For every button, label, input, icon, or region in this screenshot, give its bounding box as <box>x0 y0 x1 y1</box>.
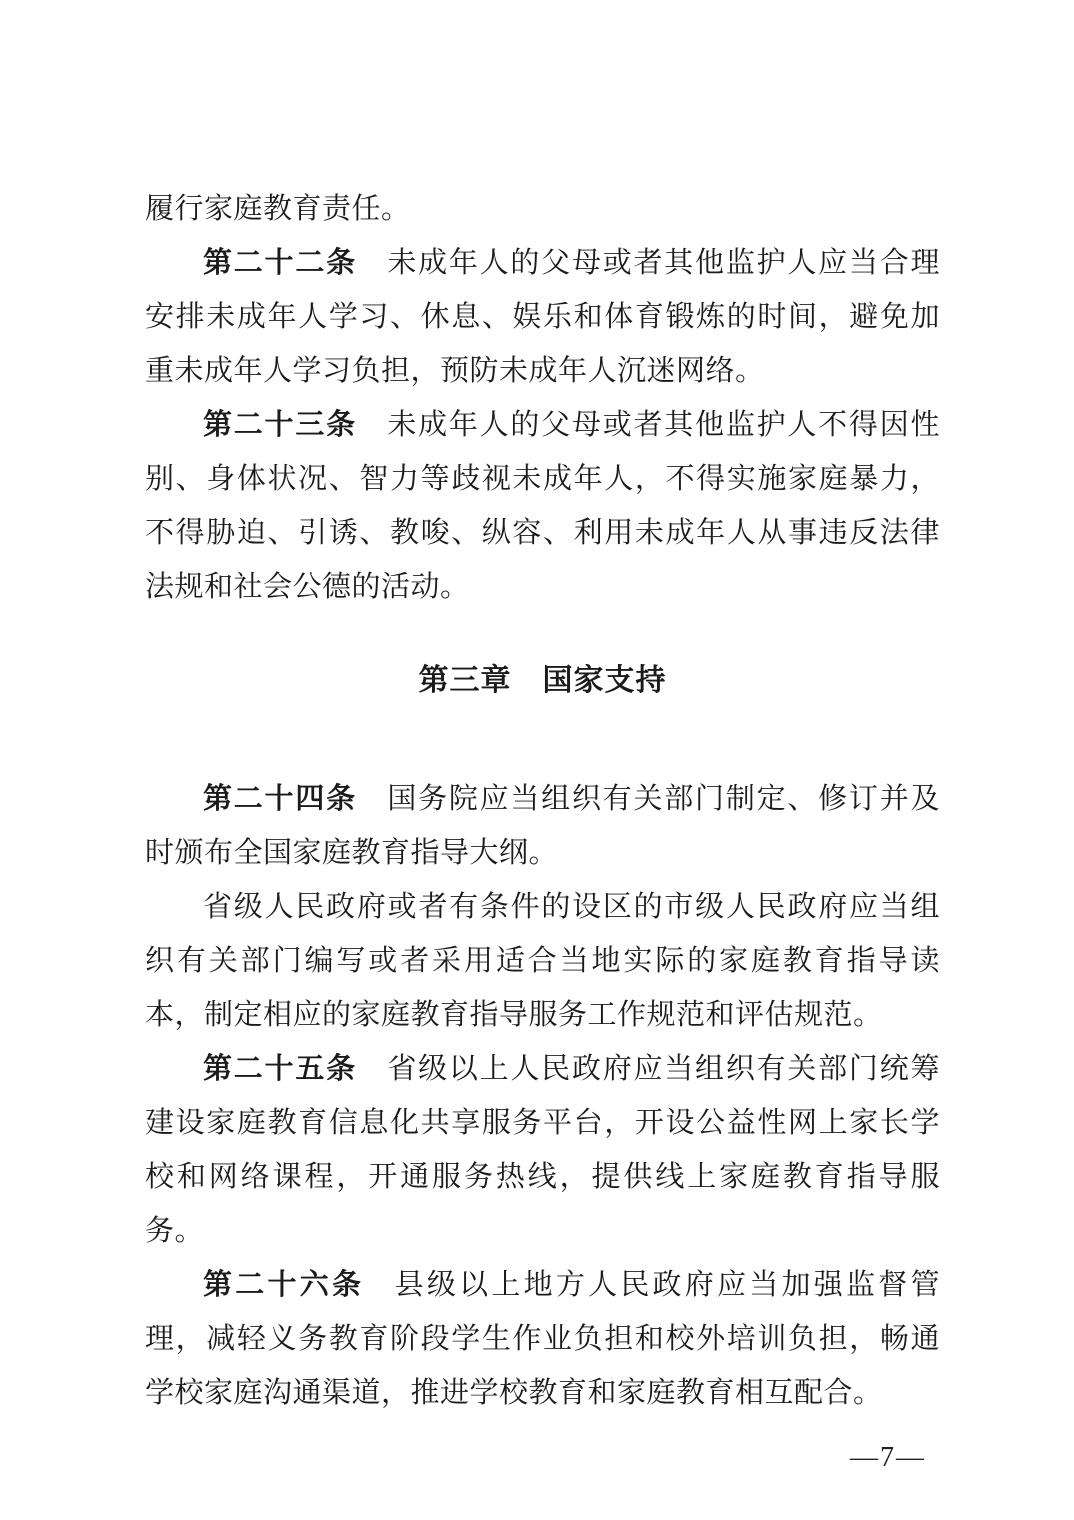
article-26-paragraph: 第二十六条县级以上地方人民政府应当加强监督管理，减轻义务教育阶段学生作业负担和校… <box>145 1258 940 1420</box>
article-26-number: 第二十六条 <box>203 1269 364 1301</box>
article-22-number: 第二十二条 <box>203 247 357 279</box>
article-25-paragraph: 第二十五条省级以上人民政府应当组织有关部门统筹建设家庭教育信息化共享服务平台，开… <box>145 1042 940 1258</box>
chapter-heading: 第三章 国家支持 <box>145 654 940 708</box>
text-column: 履行家庭教育责任。 第二十二条未成年人的父母或者其他监护人应当合理安排未成年人学… <box>145 182 940 1420</box>
article-24-paragraph: 第二十四条国务院应当组织有关部门制定、修订并及时颁布全国家庭教育指导大纲。 <box>145 772 940 880</box>
article-24-subparagraph-text: 省级人民政府或者有条件的设区的市级人民政府应当组织有关部门编写或者采用适合当地实… <box>145 891 940 1031</box>
article-24-number: 第二十四条 <box>203 783 357 815</box>
document-page: 履行家庭教育责任。 第二十二条未成年人的父母或者其他监护人应当合理安排未成年人学… <box>0 0 1074 1520</box>
page-number: —7— <box>850 1442 926 1474</box>
article-24-subparagraph: 省级人民政府或者有条件的设区的市级人民政府应当组织有关部门编写或者采用适合当地实… <box>145 880 940 1042</box>
paragraph-text: 履行家庭教育责任。 <box>145 193 411 225</box>
article-22-paragraph: 第二十二条未成年人的父母或者其他监护人应当合理安排未成年人学习、休息、娱乐和体育… <box>145 236 940 398</box>
article-25-number: 第二十五条 <box>203 1053 357 1085</box>
paragraph-continuation: 履行家庭教育责任。 <box>145 182 940 236</box>
article-23-number: 第二十三条 <box>203 409 357 441</box>
article-23-paragraph: 第二十三条未成年人的父母或者其他监护人不得因性别、身体状况、智力等歧视未成年人，… <box>145 398 940 614</box>
